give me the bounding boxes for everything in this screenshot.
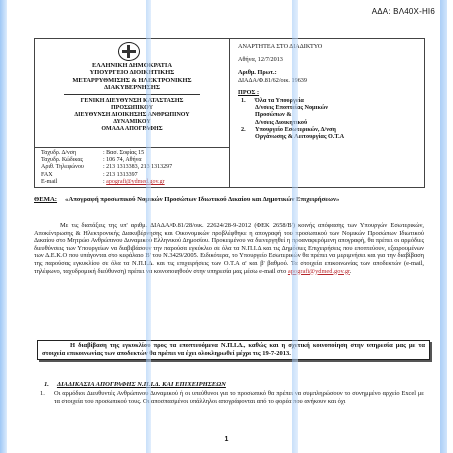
body-paragraph: Με τις διατάξεις της υπ' αριθμ. ΔΙΑΔΑ/Φ.… xyxy=(34,222,424,275)
recipient-number: 2. xyxy=(238,126,255,140)
greek-coat-of-arms-icon xyxy=(118,42,140,61)
contact-label: Ταχυδρ. Κώδικας xyxy=(41,157,103,164)
dept-line: ΔΥΝΑΜΙΚΟΥ xyxy=(35,119,229,126)
section-item: 1. Οι αρμόδιοι Διευθυντές Ανθρώπινου Δυν… xyxy=(40,390,424,405)
contact-row-email: E-mail : apografi@ydmed.gov.gr xyxy=(41,179,223,186)
dept-line: ΓΕΝΙΚΗ ΔΙΕΥΘΥΝΣΗ ΚΑΤΑΣΤΑΣΗΣ xyxy=(35,98,229,105)
recipient-line: Οργάνωσης & Λειτουργίας Ο.Τ.Α xyxy=(255,133,344,140)
org-line: ΥΠΟΥΡΓΕΙΟ ΔΙΟΙΚΗΤΙΚΗΣ xyxy=(35,69,229,76)
subject-label: ΘΕΜΑ: xyxy=(34,196,57,203)
contact-value: : 106 74, Αθήνα xyxy=(103,157,142,164)
contact-row-address: Ταχυδρ. Δ/νση : Βασ. Σοφίας 15 xyxy=(41,150,223,157)
issuer-organization: ΕΛΛΗΝΙΚΗ ΔΗΜΟΚΡΑΤΙΑ ΥΠΟΥΡΓΕΙΟ ΔΙΟΙΚΗΤΙΚΗ… xyxy=(35,62,229,133)
item-text: Οι αρμόδιοι Διευθυντές Ανθρώπινου Δυναμι… xyxy=(54,390,424,405)
section-number: 1. xyxy=(44,381,49,388)
letterhead-recipient: ΑΝΑΡΤΗΤΕΑ ΣΤΟ ΔΙΑΔΙΚΤΥΟ Αθήνα, 12/7/2013… xyxy=(230,39,424,187)
contact-value: : 213 1313397 xyxy=(103,172,138,179)
recipients-label: ΠΡΟΣ : xyxy=(238,89,416,96)
contact-row-postcode: Ταχυδρ. Κώδικας : 106 74, Αθήνα xyxy=(41,157,223,164)
issuer-department: ΓΕΝΙΚΗ ΔΙΕΥΘΥΝΣΗ ΚΑΤΑΣΤΑΣΗΣ ΠΡΟΣΩΠΙΚΟΥ Δ… xyxy=(35,98,229,133)
recipient-text: Όλα τα Υπουργεία Δ/νσεις Εποπτείας Νομικ… xyxy=(255,97,328,126)
org-line: ΔΙΑΚΥΒΕΡΝΗΣΗΣ xyxy=(35,84,229,91)
subject-text: «Απογραφή προσωπικού Νομικών Προσώπων Ιδ… xyxy=(65,196,339,203)
email-link[interactable]: apografi@ydmed.gov.gr xyxy=(288,268,350,275)
recipient-number: 1. xyxy=(238,97,255,126)
document-date: Αθήνα, 12/7/2013 xyxy=(238,56,416,63)
punctuation: . xyxy=(350,268,352,275)
divider xyxy=(64,94,200,95)
recipient-item: 1. Όλα τα Υπουργεία Δ/νσεις Εποπτείας Νο… xyxy=(238,97,416,126)
protocol-number: ΔΙΑΔΑ/Φ.81/62/οικ. 19639 xyxy=(238,77,416,84)
contact-value: : apografi@ydmed.gov.gr xyxy=(103,179,165,186)
org-line: ΕΛΛΗΝΙΚΗ ΔΗΜΟΚΡΑΤΙΑ xyxy=(35,62,229,69)
posting-notice: ΑΝΑΡΤΗΤΕΑ ΣΤΟ ΔΙΑΔΙΚΤΥΟ xyxy=(238,43,416,50)
recipient-text: Υπουργείο Εσωτερικών, Δ/νση Οργάνωσης & … xyxy=(255,126,344,140)
recipient-line: Υπουργείο Εσωτερικών, Δ/νση xyxy=(255,126,344,133)
notice-deadline: 19-7-2013. xyxy=(262,350,291,357)
contact-value: : 213 1313383, 213 1313297 xyxy=(103,164,172,171)
item-number: 1. xyxy=(40,390,54,405)
contact-label: FAX xyxy=(41,172,103,179)
page-number: 1 xyxy=(0,436,453,443)
contact-row-fax: FAX : 213 1313397 xyxy=(41,172,223,179)
deadline-notice-box: Η διαβίβαση της εγκυκλίου προς τα εποπτε… xyxy=(37,340,430,360)
section-title: ΔΙΑΔΙΚΑΣΙΑ ΑΠΟΓΡΑΦΗΣ Ν.Π.Ι.Δ. ΚΑΙ ΕΠΙΧΕΙ… xyxy=(57,381,226,388)
contact-label: Αριθ. Τηλεφώνου xyxy=(41,164,103,171)
contact-details: Ταχυδρ. Δ/νση : Βασ. Σοφίας 15 Ταχυδρ. Κ… xyxy=(35,147,229,186)
recipient-line: Δ/νσεις Διοικητικού xyxy=(255,119,328,126)
recipients-list: 1. Όλα τα Υπουργεία Δ/νσεις Εποπτείας Νο… xyxy=(238,97,416,140)
letterhead-issuer: ΕΛΛΗΝΙΚΗ ΔΗΜΟΚΡΑΤΙΑ ΥΠΟΥΡΓΕΙΟ ΔΙΟΙΚΗΤΙΚΗ… xyxy=(35,39,230,187)
ada-code: ΑΔΑ: ΒΛ40Χ-ΗΙ6 xyxy=(372,7,435,16)
dept-line: ΠΡΟΣΩΠΙΚΟΥ xyxy=(35,105,229,112)
paragraph-text: Με τις διατάξεις της υπ' αριθμ. ΔΙΑΔΑ/Φ.… xyxy=(34,222,424,275)
protocol-label: Αριθμ. Πρωτ.: xyxy=(238,69,416,76)
letterhead-table: ΕΛΛΗΝΙΚΗ ΔΗΜΟΚΡΑΤΙΑ ΥΠΟΥΡΓΕΙΟ ΔΙΟΙΚΗΤΙΚΗ… xyxy=(34,38,425,188)
email-link[interactable]: apografi@ydmed.gov.gr xyxy=(106,179,164,185)
subject-line: ΘΕΜΑ:«Απογραφή προσωπικού Νομικών Προσώπ… xyxy=(34,196,424,204)
dept-line: ΔΙΕΥΘΥΝΣΗ ΔΙΟΙΚΗΣΗΣ ΑΝΘΡΩΠΙΝΟΥ xyxy=(35,112,229,119)
recipient-line: Προσώπων & xyxy=(255,111,328,118)
contact-value: : Βασ. Σοφίας 15 xyxy=(103,150,144,157)
notice-text: Η διαβίβαση της εγκυκλίου προς τα εποπτε… xyxy=(42,342,425,357)
recipient-item: 2. Υπουργείο Εσωτερικών, Δ/νση Οργάνωσης… xyxy=(238,126,416,140)
dept-line: ΟΜΑΔΑ ΑΠΟΓΡΑΦΗΣ xyxy=(35,126,229,133)
contact-row-phone: Αριθ. Τηλεφώνου : 213 1313383, 213 13132… xyxy=(41,164,223,171)
section-heading: 1.ΔΙΑΔΙΚΑΣΙΑ ΑΠΟΓΡΑΦΗΣ Ν.Π.Ι.Δ. ΚΑΙ ΕΠΙΧ… xyxy=(44,381,226,388)
contact-label: E-mail xyxy=(41,179,103,186)
org-line: ΜΕΤΑΡΡΥΘΜΙΣΗΣ & ΗΛΕΚΤΡΟΝΙΚΗΣ xyxy=(35,77,229,84)
contact-label: Ταχυδρ. Δ/νση xyxy=(41,150,103,157)
document-page: ΑΔΑ: ΒΛ40Χ-ΗΙ6 ΕΛΛΗΝΙΚΗ ΔΗΜΟΚΡΑΤΙΑ ΥΠΟΥΡ… xyxy=(0,0,453,453)
